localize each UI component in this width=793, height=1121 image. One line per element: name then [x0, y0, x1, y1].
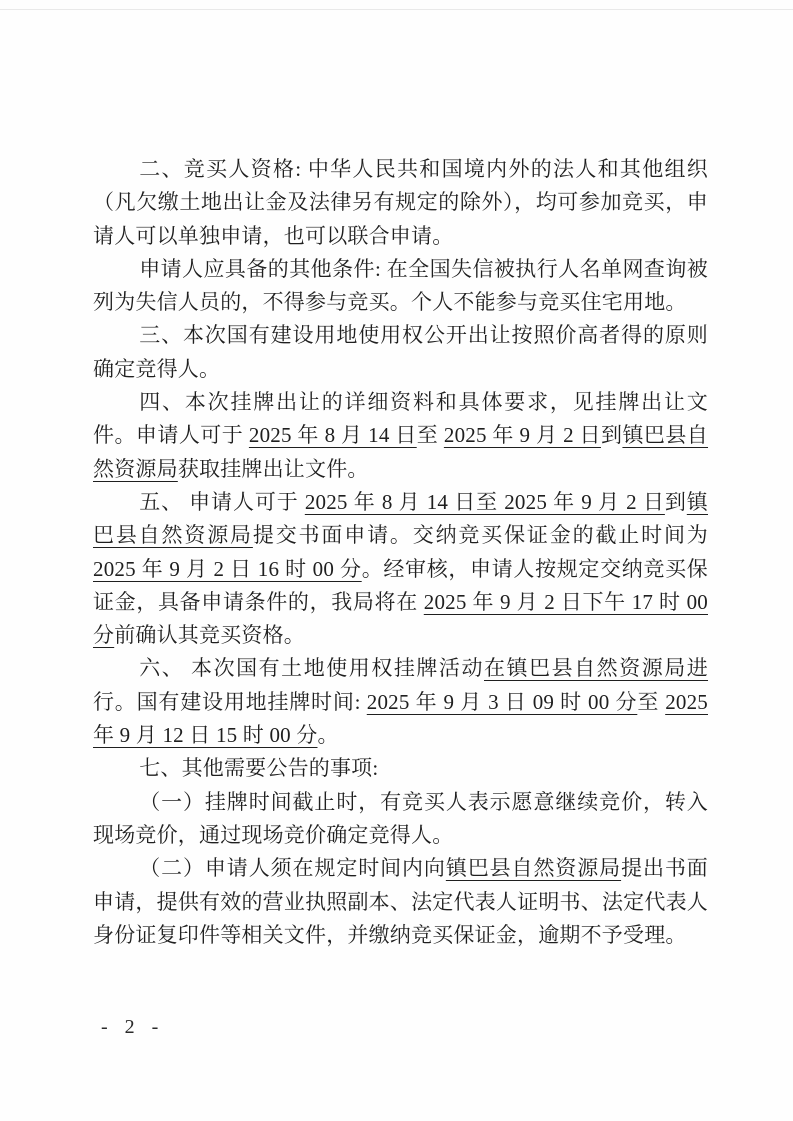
- text-run: 七、其他需要公告的事项:: [139, 756, 378, 780]
- underlined-text: 2025 年 8 月 14 日: [249, 423, 417, 447]
- para-other-conditions: 申请人应具备的其他条件: 在全国失信被执行人名单网查询被列为失信人员的，不得参与…: [93, 253, 708, 320]
- document-body: 二、竞买人资格: 中华人民共和国境内外的法人和其他组织（凡欠缴土地出让金及法律另…: [93, 153, 708, 952]
- underlined-text: 镇巴县自然资源局: [446, 856, 621, 880]
- text-run: 。: [318, 723, 339, 747]
- text-run: （一）挂牌时间截止时，有竞买人表示愿意继续竞价，转入现场竞价，通过现场竞价确定竞…: [93, 790, 708, 847]
- para-6-listing-time: 六、 本次国有土地使用权挂牌活动在镇巴县自然资源局进行。国有建设用地挂牌时间: …: [93, 652, 708, 752]
- document-page: 二、竞买人资格: 中华人民共和国境内外的法人和其他组织（凡欠缴土地出让金及法律另…: [0, 0, 793, 1121]
- text-run: （二）申请人须在规定时间内向: [139, 856, 446, 880]
- text-run: 五、 申请人可于: [139, 490, 305, 514]
- para-2-bidder-qualification: 二、竞买人资格: 中华人民共和国境内外的法人和其他组织（凡欠缴土地出让金及法律另…: [93, 153, 708, 253]
- text-run: 申请人应具备的其他条件: 在全国失信被执行人名单网查询被列为失信人员的，不得参与…: [93, 257, 708, 314]
- para-5-application-and-deposit: 五、 申请人可于 2025 年 8 月 14 日至 2025 年 9 月 2 日…: [93, 486, 708, 652]
- underlined-text: 2025 年 9 月 2 日 16 时 00 分: [93, 557, 362, 581]
- page-number: - 2 -: [101, 1016, 164, 1039]
- underlined-text: 2025 年 9 月 2 日: [444, 423, 601, 447]
- text-run: 六、 本次国有土地使用权挂牌活动: [139, 656, 484, 680]
- para-4-obtain-listing-documents: 四、本次挂牌出让的详细资料和具体要求，见挂牌出让文件。申请人可于 2025 年 …: [93, 386, 708, 486]
- para-7-other-matters-heading: 七、其他需要公告的事项:: [93, 752, 708, 785]
- text-run: 前确认其竞买资格。: [114, 623, 305, 647]
- para-3-highest-bidder-principle: 三、本次国有建设用地使用权公开出让按照价高者得的原则确定竞得人。: [93, 319, 708, 386]
- text-run: 到: [601, 423, 622, 447]
- text-run: 至: [417, 423, 444, 447]
- para-7-2-written-application: （二）申请人须在规定时间内向镇巴县自然资源局提出书面申请，提供有效的营业执照副本…: [93, 852, 708, 952]
- underlined-text: 在镇巴县自然资源局进: [484, 656, 708, 680]
- text-run: 到: [665, 490, 687, 514]
- text-run: 获取挂牌出让文件。: [178, 457, 369, 481]
- text-run: 行。国有建设用地挂牌时间:: [93, 690, 367, 714]
- text-run: 二、竞买人资格: 中华人民共和国境内外的法人和其他组织（凡欠缴土地出让金及法律另…: [93, 157, 708, 248]
- text-run: 提交书面申请。交纳竞买保证金的截止时间为: [253, 523, 708, 547]
- text-run: 至: [637, 690, 665, 714]
- underlined-text: 2025 年 8 月 14 日至 2025 年 9 月 2 日: [305, 490, 665, 514]
- scan-artifact-line: [0, 9, 793, 10]
- underlined-text: 2025 年 9 月 3 日 09 时 00 分: [367, 690, 638, 714]
- text-run: 三、本次国有建设用地使用权公开出让按照价高者得的原则确定竞得人。: [93, 323, 708, 380]
- para-7-1-onsite-bidding: （一）挂牌时间截止时，有竞买人表示愿意继续竞价，转入现场竞价，通过现场竞价确定竞…: [93, 786, 708, 853]
